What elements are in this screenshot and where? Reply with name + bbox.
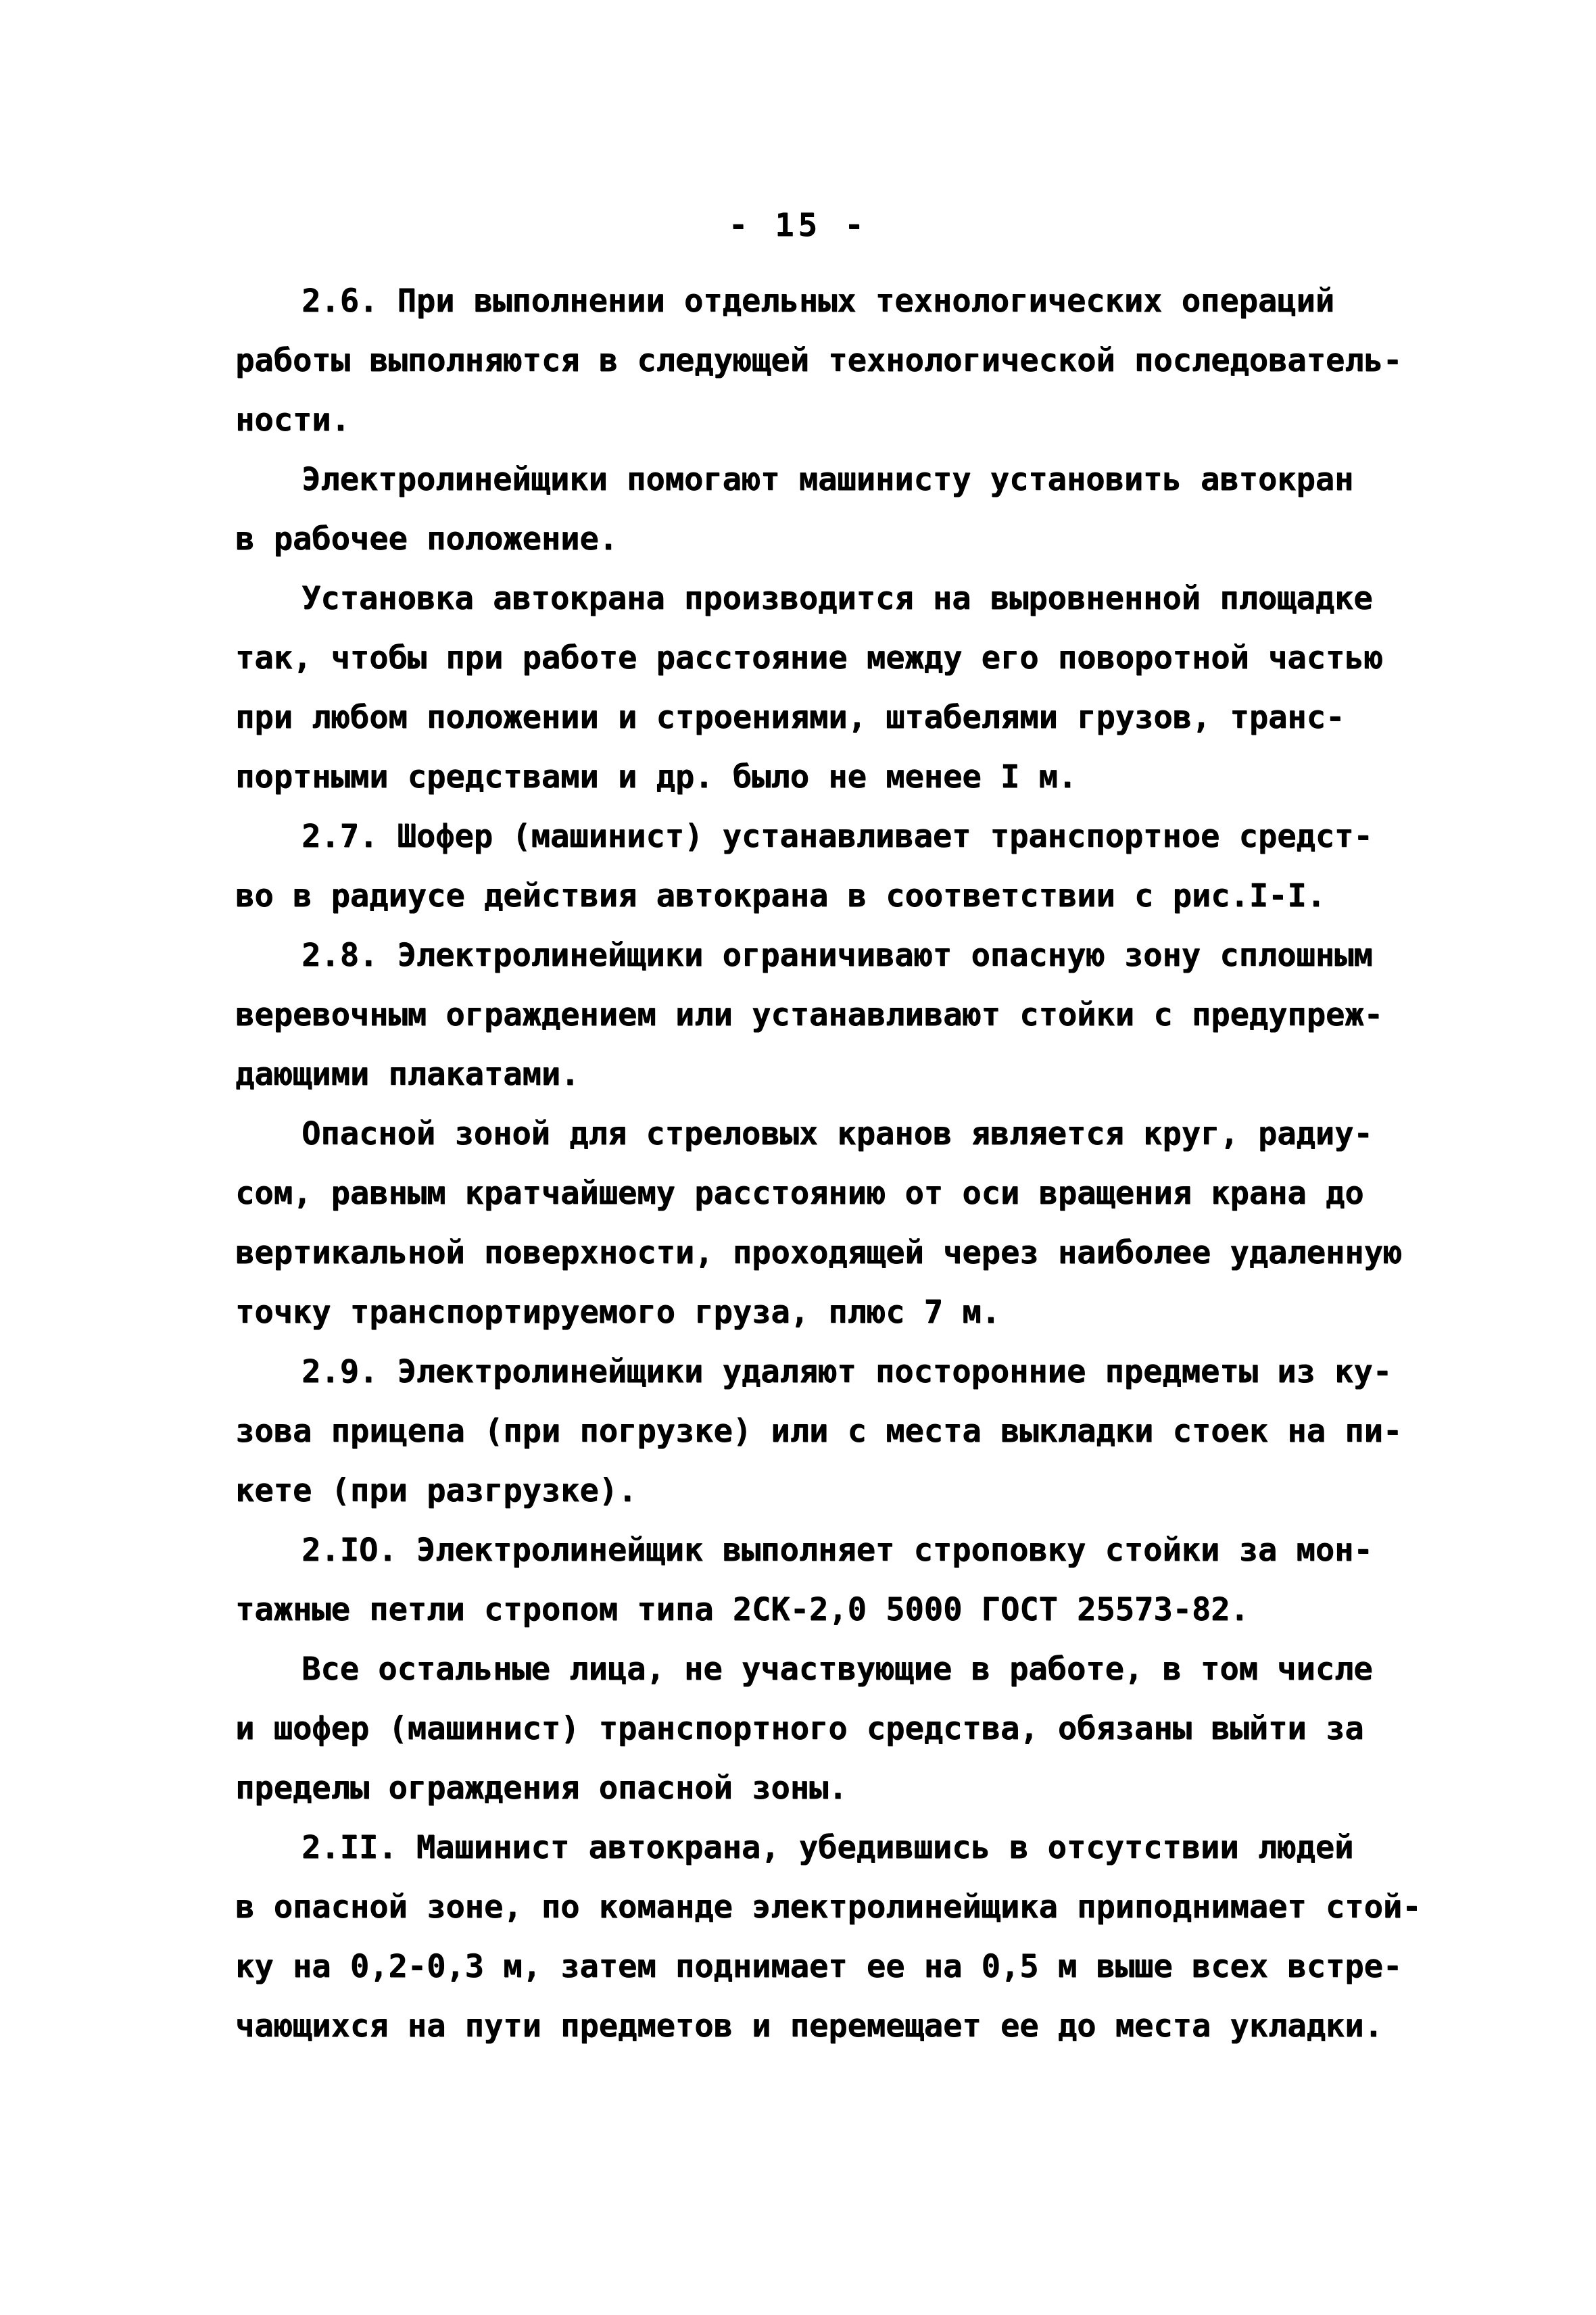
text-line: во в радиусе действия автокрана в соотве… bbox=[235, 867, 1445, 926]
text-line: сом, равным кратчайшему расстоянию от ос… bbox=[235, 1164, 1445, 1223]
text-line: 2.6. При выполнении отдельных технологич… bbox=[235, 272, 1445, 331]
text-line: 2.IO. Электролинейщик выполняет строповк… bbox=[235, 1521, 1445, 1580]
text-line: ку на 0,2-0,3 м, затем поднимает ее на 0… bbox=[235, 1937, 1445, 1997]
text-line: кете (при разгрузке). bbox=[235, 1461, 1445, 1521]
text-line: Электролинейщики помогают машинисту уста… bbox=[235, 450, 1445, 510]
text-line: 2.7. Шофер (машинист) устанавливает тран… bbox=[235, 807, 1445, 867]
text-line: ности. bbox=[235, 391, 1445, 450]
text-line: 2.9. Электролинейщики удаляют посторонни… bbox=[235, 1342, 1445, 1402]
text-line: веревочным ограждением или устанавливают… bbox=[235, 985, 1445, 1045]
text-line: работы выполняются в следующей технологи… bbox=[235, 331, 1445, 391]
text-line: Опасной зоной для стреловых кранов являе… bbox=[235, 1104, 1445, 1164]
text-line: точку транспортируемого груза, плюс 7 м. bbox=[235, 1283, 1445, 1342]
text-line: чающихся на пути предметов и перемещает … bbox=[235, 1997, 1445, 2056]
text-line: вертикальной поверхности, проходящей чер… bbox=[235, 1223, 1445, 1283]
text-line: в рабочее положение. bbox=[235, 510, 1445, 569]
text-line: портными средствами и др. было не менее … bbox=[235, 748, 1445, 807]
scanned-document-page: - 15 - 2.6. При выполнении отдельных тех… bbox=[0, 0, 1596, 2315]
text-line: зова прицепа (при погрузке) или с места … bbox=[235, 1402, 1445, 1461]
text-line: тажные петли стропом типа 2СК-2,0 5000 Г… bbox=[235, 1580, 1445, 1640]
text-line: Установка автокрана производится на выро… bbox=[235, 569, 1445, 629]
text-line: 2.8. Электролинейщики ограничивают опасн… bbox=[235, 926, 1445, 985]
text-line: при любом положении и строениями, штабел… bbox=[235, 688, 1445, 748]
text-line: 2.II. Машинист автокрана, убедившись в о… bbox=[235, 1818, 1445, 1878]
text-line: пределы ограждения опасной зоны. bbox=[235, 1759, 1445, 1818]
text-line: в опасной зоне, по команде электролинейщ… bbox=[235, 1878, 1445, 1937]
text-line: Все остальные лица, не участвующие в раб… bbox=[235, 1640, 1445, 1699]
text-line: дающими плакатами. bbox=[235, 1045, 1445, 1104]
text-line: и шофер (машинист) транспортного средств… bbox=[235, 1699, 1445, 1759]
text-line: так, чтобы при работе расстояние между е… bbox=[235, 629, 1445, 688]
document-text-block: 2.6. При выполнении отдельных технологич… bbox=[235, 272, 1445, 2056]
page-number: - 15 - bbox=[0, 207, 1596, 245]
